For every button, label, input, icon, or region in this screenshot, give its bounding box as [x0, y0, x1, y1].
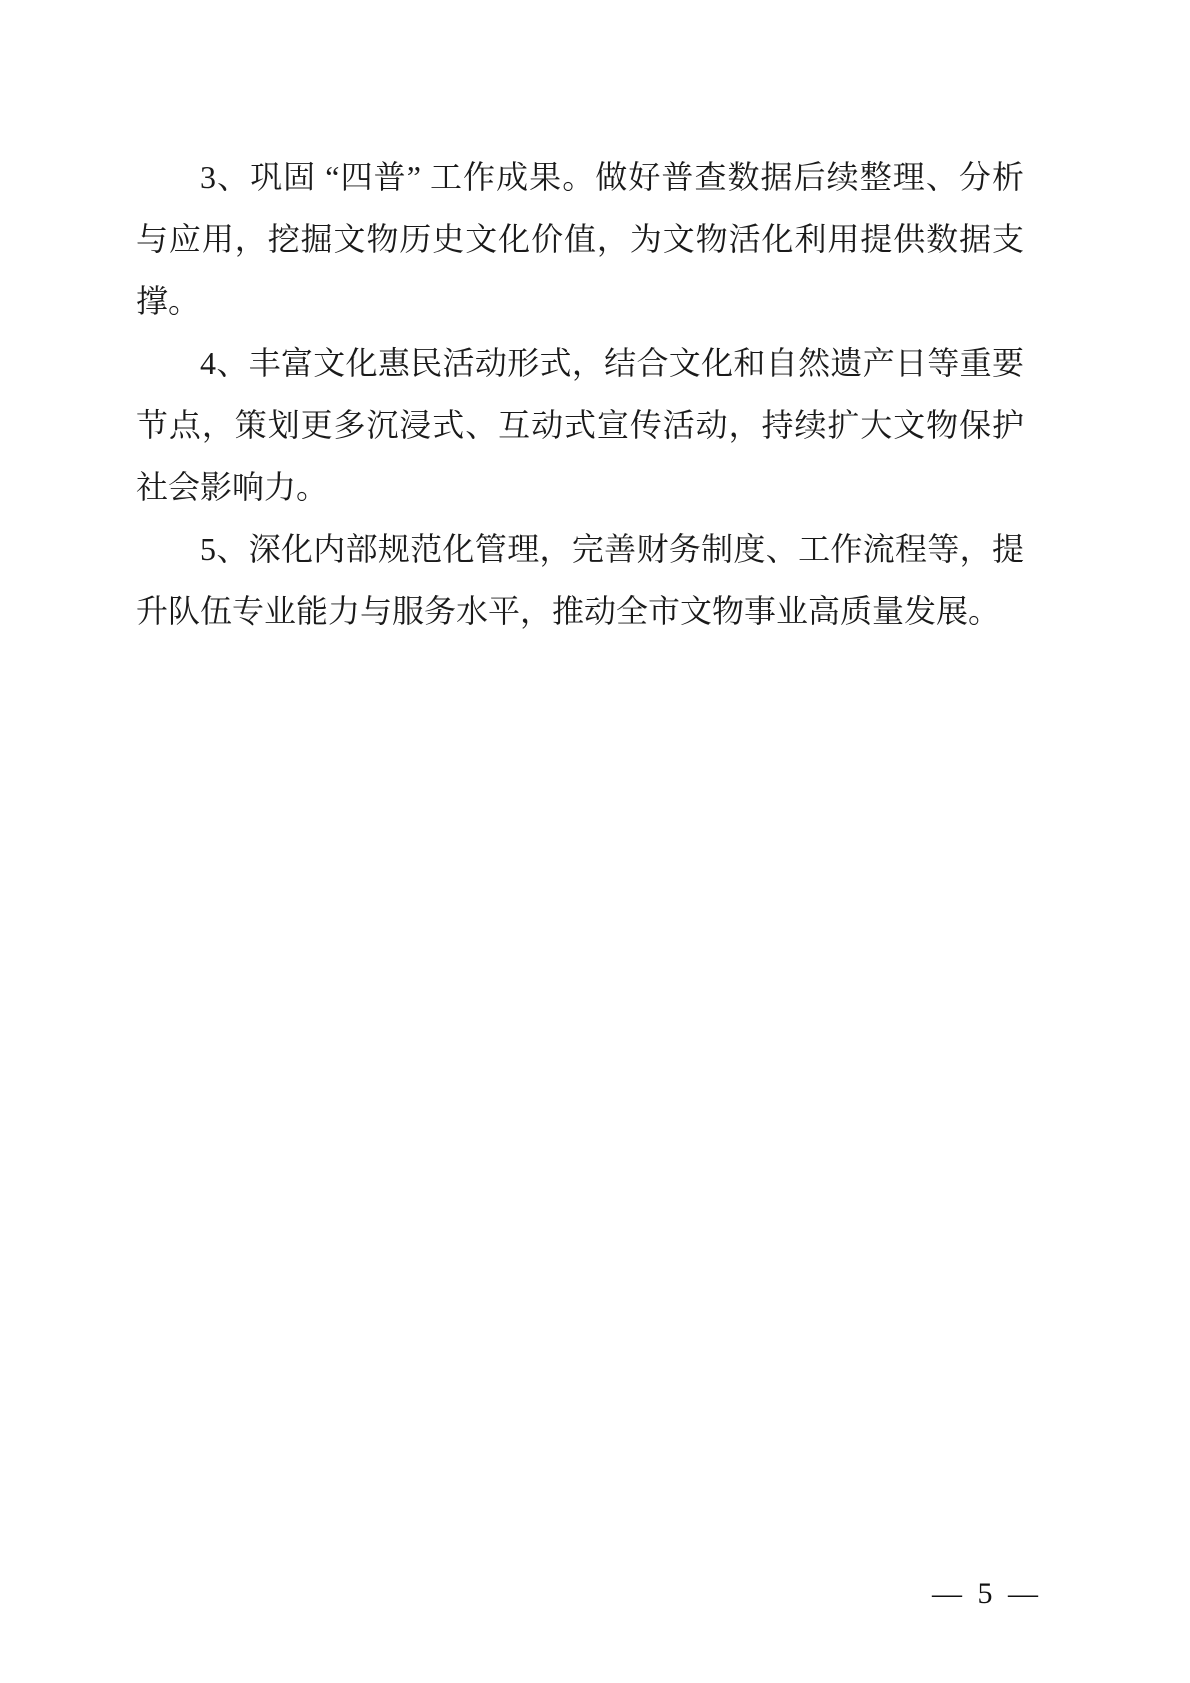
- page-number: — 5 —: [932, 1579, 1042, 1609]
- body-paragraph-3: 3、巩固 “四普” 工作成果。做好普查数据后续整理、分析与应用，挖掘文物历史文化…: [136, 146, 1024, 332]
- body-paragraph-5: 5、深化内部规范化管理，完善财务制度、工作流程等，提升队伍专业能力与服务水平，推…: [136, 518, 1024, 642]
- document-body: 3、巩固 “四普” 工作成果。做好普查数据后续整理、分析与应用，挖掘文物历史文化…: [136, 146, 1024, 642]
- body-paragraph-4: 4、丰富文化惠民活动形式，结合文化和自然遗产日等重要节点，策划更多沉浸式、互动式…: [136, 332, 1024, 518]
- document-page: 3、巩固 “四普” 工作成果。做好普查数据后续整理、分析与应用，挖掘文物历史文化…: [0, 0, 1190, 1683]
